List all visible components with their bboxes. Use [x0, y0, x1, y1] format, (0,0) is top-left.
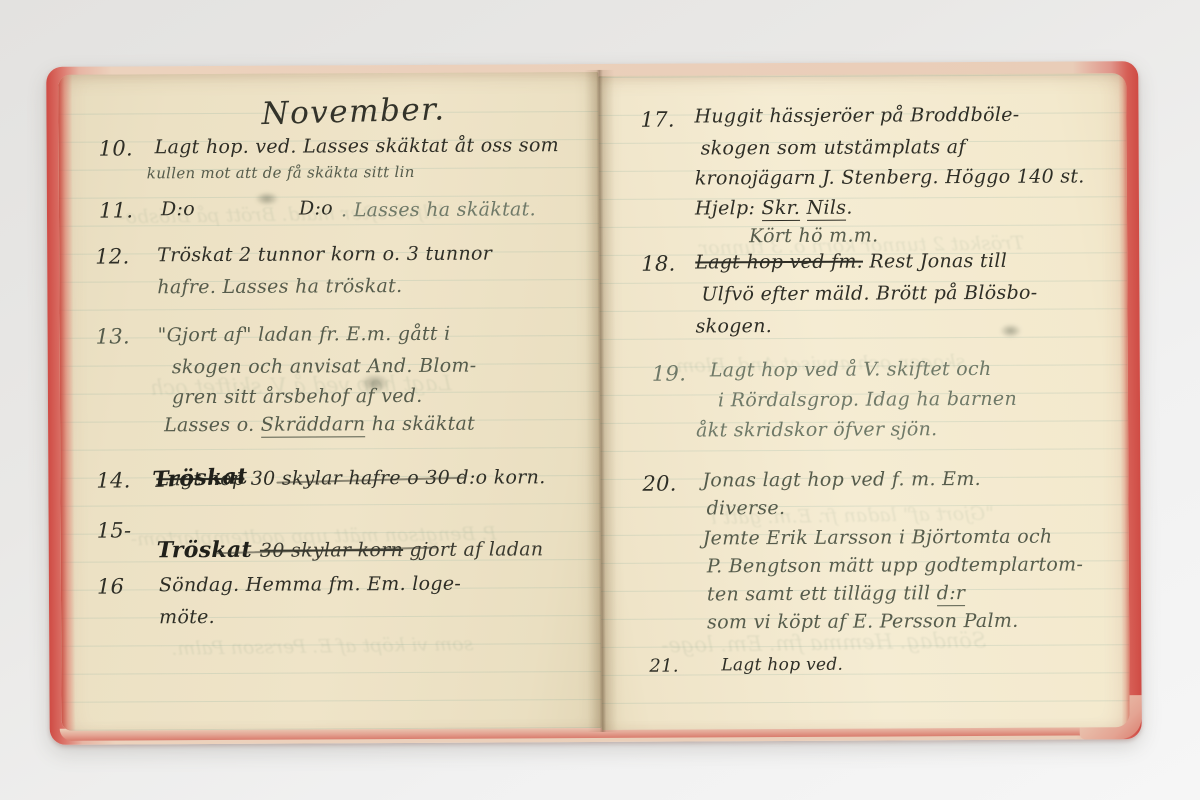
left-page: Ulfvö efter mäld. Brött på Blösbo- Lagt …: [58, 72, 601, 731]
diary-line: skogen.: [696, 317, 773, 336]
diary-text: .: [846, 197, 852, 219]
diary-line: P. Bengtson mätt upp godtemplartom-: [707, 555, 1083, 576]
diary-line: Lagt hop. ved. Lasses skäktat åt oss som: [155, 136, 559, 157]
entry-day-number: 15-: [97, 520, 132, 541]
diary-line: Lasses o. Skräddarn ha skäktat: [164, 415, 475, 436]
ink-smudge: [1000, 324, 1022, 338]
diary-line: skogen och anvisat And. Blom-: [172, 357, 477, 378]
diary-text: ten samt ett tillägg till: [707, 582, 937, 605]
diary-line: skogen som utstämplats af: [701, 138, 966, 158]
diary-text: [800, 197, 806, 219]
red-page-edge-left: [58, 75, 75, 731]
diary-line: Söndag. Hemma fm. Em. loge-: [159, 575, 461, 596]
diary-line: diverse.: [706, 499, 785, 518]
diary-line: ten samt ett tillägg till d:r: [707, 584, 965, 604]
struck-text: Lagt hop ved fm.: [695, 251, 863, 274]
diary-text: Hjelp:: [695, 197, 762, 219]
diary-line: kronojägarn J. Stenberg. Höggo 140 st.: [695, 167, 1085, 188]
diary-line: Ulfvö efter mäld. Brött på Blösbo-: [701, 284, 1037, 305]
inserted-correction: Kört hö m.m.: [749, 227, 878, 247]
diary-line: Huggit hässjeröer på Broddböle-: [694, 106, 1019, 127]
diary-line: "Gjort af" ladan fr. E.m. gått i: [158, 325, 451, 346]
diary-text: Rest Jonas till: [863, 250, 1007, 273]
diary-line: Lagt hop ved å V. skiftet och: [710, 360, 992, 380]
entry-day-number: 13.: [96, 326, 130, 347]
struck-text: 30 skylar korn: [260, 539, 403, 562]
diary-line: Jemte Erik Larsson i Björtomta och: [703, 528, 1053, 549]
entry-day-number: 12.: [95, 246, 129, 267]
diary-line: Lagt hop ved.: [721, 657, 843, 675]
diary-line: hafre. Lasses ha tröskat.: [157, 277, 402, 297]
diary-line: . Lasses ha skäktat.: [341, 200, 536, 220]
entry-day-number: 11.: [99, 200, 133, 221]
diary-line: Lagt hop 30 skylar hafre o 30 d:o korn. …: [156, 467, 601, 489]
entry-day-number: 19.: [652, 364, 686, 385]
entry-day-number: 14.: [96, 470, 130, 491]
overwritten-correction: Tröskat: [152, 465, 248, 491]
diary-text: Lasses o.: [164, 414, 261, 437]
diary-ditto: D:o: [299, 199, 333, 218]
entry-day-number: 20.: [642, 474, 676, 495]
diary-line: som vi köpt af E. Persson Palm.: [707, 612, 1019, 633]
entry-day-number: 17.: [640, 110, 674, 131]
diary-ditto: D:o: [161, 200, 195, 219]
photo-backdrop: Ulfvö efter mäld. Brött på Blösbo- Lagt …: [0, 0, 1200, 800]
diary-text: 30 skylar hafre o 30 d:o korn.: [244, 466, 545, 490]
diary-line: i Rördalsgrop. Idag ha barnen: [718, 390, 1017, 411]
ink-smudge: [255, 192, 279, 206]
right-page: Tröskat 2 tunnor korn o. 3 tunnor skogen…: [598, 73, 1129, 730]
diary-text: ha skäktat: [365, 413, 475, 436]
diary-line: Tröskat 30 skylar korn gjort af ladan: [157, 536, 602, 561]
diary-line: Hjelp: Skr. Nils.: [695, 199, 853, 219]
overwritten-correction: Tröskat: [157, 537, 260, 564]
underlined-name: Nils: [807, 197, 847, 221]
bleed-through-ghost: som vi köpt af E. Persson Palm.: [171, 633, 473, 660]
underlined-name: d:r: [937, 582, 966, 606]
entry-day-number: 16: [97, 576, 124, 597]
diary-notebook: Ulfvö efter mäld. Brött på Blösbo- Lagt …: [46, 59, 1144, 751]
diary-line: Jonas lagt hop ved f. m. Em.: [702, 470, 981, 490]
diary-text: gjort af ladan: [403, 538, 543, 561]
entry-day-number: 10.: [99, 138, 133, 159]
diary-line: Tröskat 2 tunnor korn o. 3 tunnor: [157, 245, 492, 266]
entry-day-number: 21.: [649, 658, 679, 676]
diary-line: åkt skridskor öfver sjön.: [696, 420, 937, 440]
month-header: November.: [58, 90, 599, 135]
diary-line: Lagt hop ved fm. Rest Jonas till: [695, 251, 1129, 273]
diary-line: gren sitt årsbehof af ved.: [172, 387, 423, 407]
underlined-name: Skräddarn: [261, 413, 366, 438]
diary-line: möte.: [159, 608, 215, 627]
entry-day-number: 18.: [641, 254, 675, 275]
diary-line: kullen mot att de få skäkta sitt lin: [147, 165, 415, 181]
underlined-name: Skr.: [761, 197, 800, 221]
